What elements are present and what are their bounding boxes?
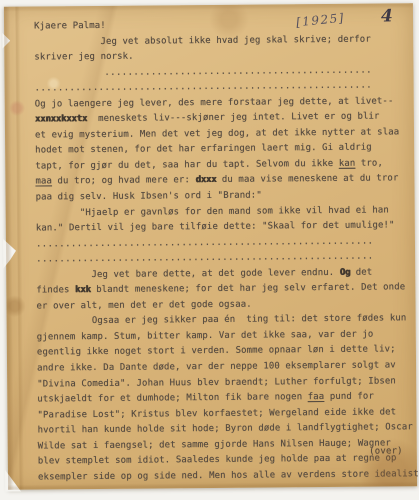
- text-segment: hvortil han kunde holde sit hode; Byron …: [38, 422, 413, 435]
- text-segment: hodet mot stenen, for det har erfaringen…: [35, 143, 372, 156]
- underlined-word: faa: [308, 392, 325, 402]
- text-segment: egentlig ikke noget stort i verden. Somm…: [37, 345, 396, 358]
- text-segment: Og: [340, 268, 351, 278]
- text-segment: tro,: [355, 158, 383, 168]
- text-segment: "Hjaelp er gavnløs for den mand som ikke…: [36, 205, 389, 218]
- text-segment: tapt, for gjør du det, saa har du tapt. …: [35, 159, 339, 172]
- text-segment: eksempler side op og side ned. Men hos a…: [38, 469, 419, 482]
- text-segment: er over alt, men det er det gode ogsaa.: [36, 299, 251, 311]
- text-segment: andre ikke. Da Dante døde, var der neppe…: [37, 360, 396, 373]
- struck-out-word: kxk: [75, 285, 91, 295]
- text-segment: ........................................…: [36, 236, 374, 249]
- letter-paper: [1925] 4 Kjaere Palma! Jeg vet absolut i…: [4, 3, 417, 490]
- underlined-word: maa: [35, 177, 52, 187]
- text-segment: blandt meneskene; for det har jeg selv e…: [91, 283, 406, 296]
- text-segment: Og jo laengere jeg lever, des mere forst…: [35, 96, 394, 109]
- text-segment: gjennem kamp. Stum, bitter kamp. Var det…: [37, 330, 374, 343]
- text-segment: du maa vise meneskene at du tror: [216, 174, 398, 186]
- text-segment: ........................................…: [36, 252, 374, 265]
- text-segment: "Divina Comedia". Johan Huus blev braend…: [37, 376, 396, 389]
- text-segment: utskjaeldt for et dumhode; Milton fik ba…: [37, 392, 307, 404]
- text-segment: paa dig selv. Husk Ibsen's ord i "Brand:…: [36, 191, 262, 203]
- text-segment: kan." Dertil vil jeg bare tilføie dette:…: [36, 221, 395, 234]
- scanned-letter-photo: { "page": { "background_color": "#f4f3ef…: [0, 0, 419, 500]
- letter-line: eksempler side op og side ned. Men hos a…: [38, 467, 397, 486]
- text-segment: Jeg vet absolut ikke hvad jeg skal skriv…: [34, 34, 371, 47]
- over-note: (over): [369, 445, 403, 461]
- text-segment: findes: [36, 285, 75, 295]
- text-segment: ........................................…: [35, 81, 373, 94]
- text-segment: det: [350, 267, 372, 277]
- text-segment: Ogsaa er jeg sikker paa én ting til: det…: [37, 314, 407, 327]
- text-segment: skriver jeg norsk.: [34, 52, 133, 63]
- text-segment: ........................................…: [34, 65, 372, 78]
- text-segment: blev stemplet som idiot. Saaledes kunde …: [38, 454, 397, 467]
- text-segment: "Paradise Lost"; Kristus blev korfaestet…: [37, 407, 396, 420]
- text-segment: Jeg vet bare dette, at det gode lever en…: [36, 268, 340, 281]
- letter-body: Kjaere Palma! Jeg vet absolut ikke hvad …: [4, 3, 417, 486]
- text-segment: et evig mysterium. Men det vet jeg dog, …: [35, 127, 399, 140]
- text-segment: Kjaere Palma!: [34, 21, 106, 32]
- struck-out-word: xxnxxkxxtx: [35, 114, 87, 124]
- text-segment: pund for: [324, 392, 374, 402]
- text-segment: du tro; og hvad mere er:: [52, 176, 196, 187]
- struck-out-word: dxxx: [195, 175, 216, 185]
- text-segment: meneskets liv---skjøner jeg intet. Livet…: [87, 112, 380, 125]
- underlined-word: kan: [339, 159, 356, 169]
- text-segment: Wilde sat i faengsel; det samme gjorde H…: [38, 438, 391, 451]
